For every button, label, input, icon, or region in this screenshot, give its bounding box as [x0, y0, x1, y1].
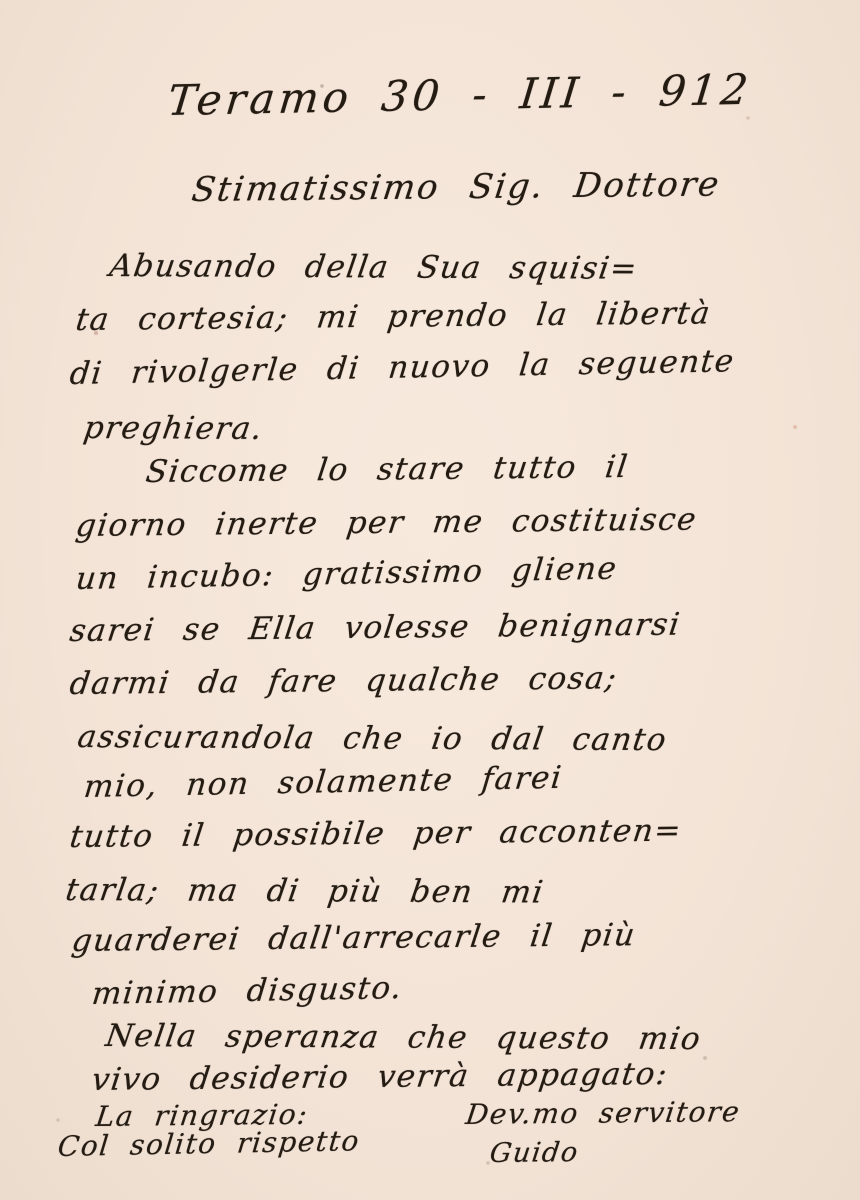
closing-line: Col solito rispetto [56, 1124, 361, 1163]
dateline: Teramo 30 - III - 912 [165, 65, 754, 125]
letter-line: Siccome lo stare tutto il [144, 449, 631, 490]
letter-page: Teramo 30 - III - 912 Stimatissimo Sig. … [0, 0, 860, 1200]
letter-line: tutto il possibile per acconten= [68, 813, 685, 855]
letter-line: preghiera. [81, 410, 265, 447]
letter-line: minimo disgusto. [90, 970, 404, 1012]
letter-line: mio, non solamente farei [82, 760, 564, 805]
letter-line: vivo desiderio verrà appagato: [90, 1056, 671, 1098]
letter-line: un incubo: gratissimo gliene [74, 551, 619, 597]
letter-line: ta cortesia; mi prendo la libertà [74, 295, 714, 338]
signature-role: Dev.mo servitore [464, 1095, 743, 1131]
letter-line: Nella speranza che questo mio [103, 1018, 704, 1057]
salutation: Stimatissimo Sig. Dottore [189, 164, 723, 210]
letter-line: di rivolgerle di nuovo la seguente [68, 343, 736, 392]
letter-line: tarla; ma di più ben mi [63, 872, 546, 911]
letter-line: guarderei dall'arrecarle il più [70, 917, 639, 959]
letter-line: Abusando della Sua squisi= [107, 248, 640, 287]
letter-line: sarei se Ella volesse benignarsi [68, 607, 683, 649]
letter-line: giorno inerte per me costituisce [74, 502, 700, 544]
letter-line: assicurandola che io dal canto [75, 719, 669, 758]
signature-name: Guido [488, 1137, 581, 1169]
letter-line: darmi da fare qualche cosa; [68, 660, 620, 702]
